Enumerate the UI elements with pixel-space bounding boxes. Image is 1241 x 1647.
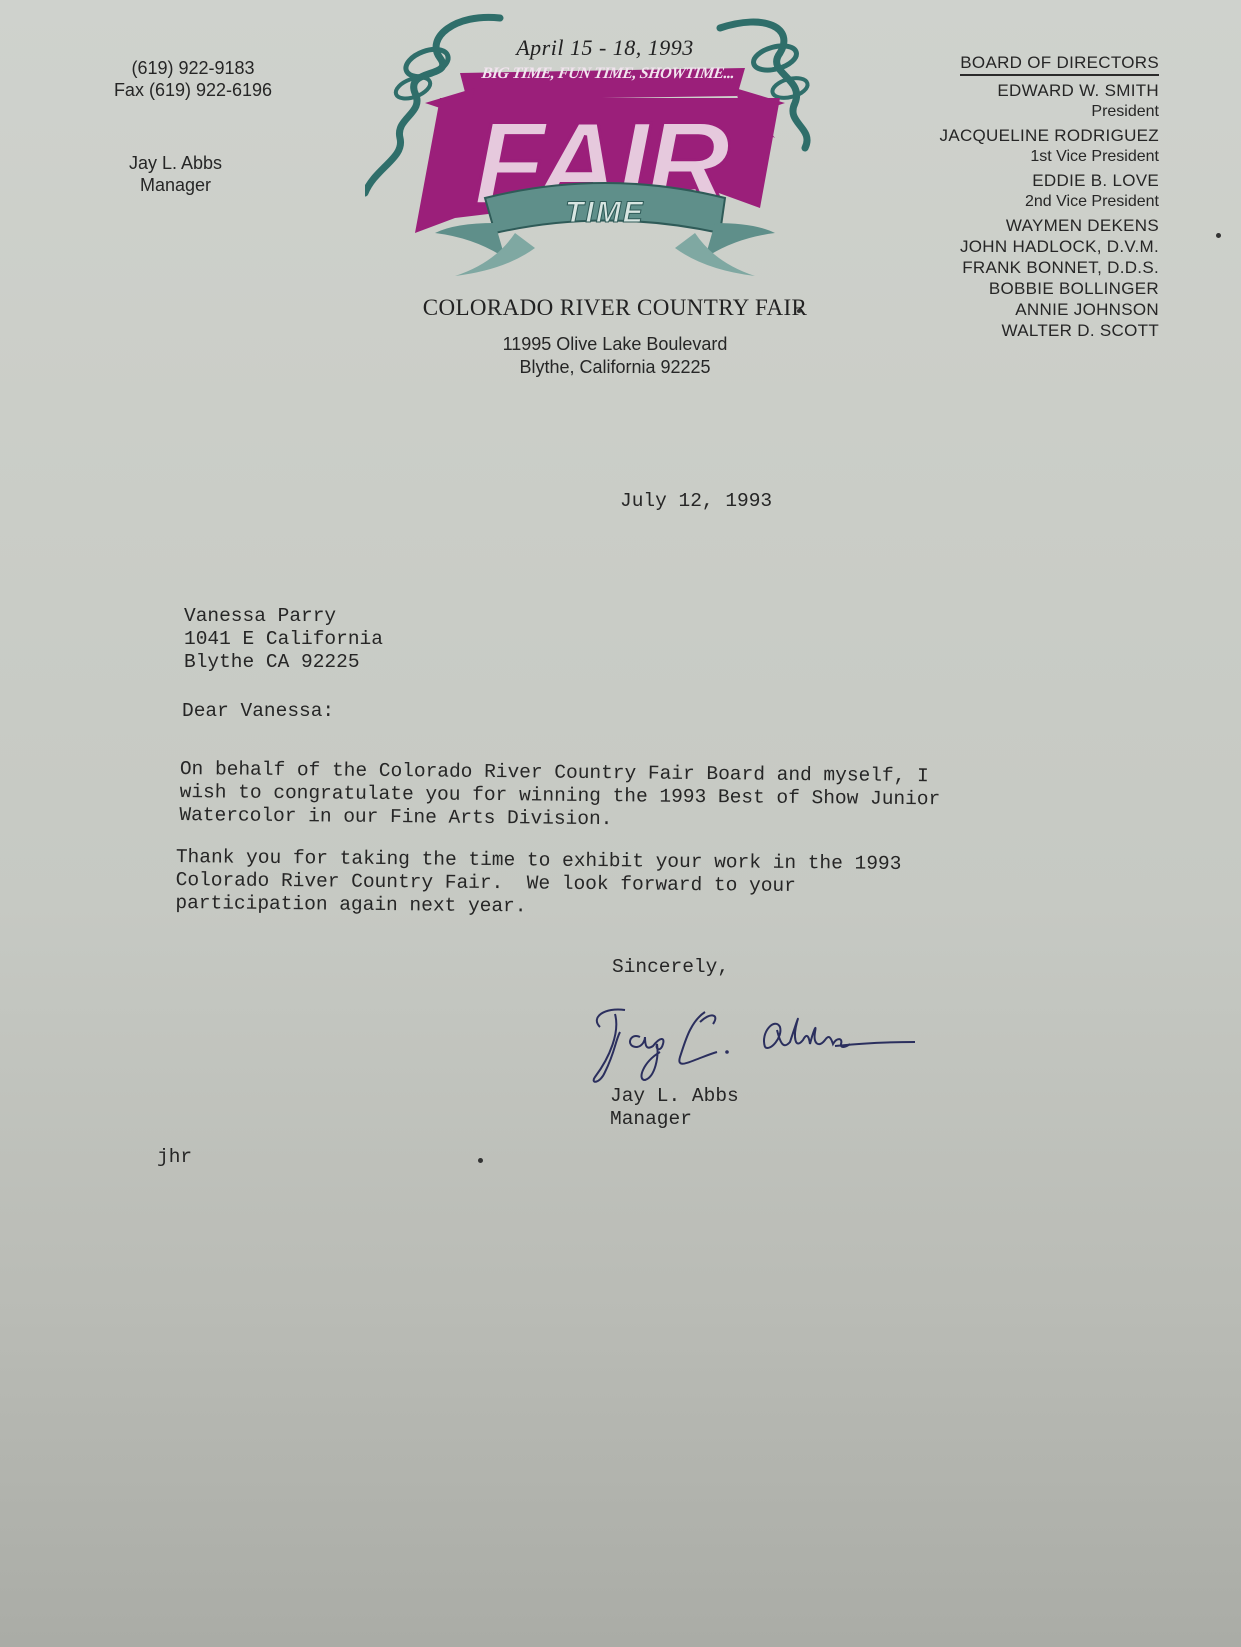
board-member-name: EDDIE B. LOVE	[940, 170, 1159, 191]
paragraph-congratulations: On behalf of the Colorado River Country …	[179, 758, 1060, 835]
board-title: BOARD OF DIRECTORS	[960, 52, 1159, 76]
contact-info: (619) 922-9183 Fax (619) 922-6196	[98, 57, 288, 101]
manager-title: Manager	[98, 174, 253, 196]
letter-date: July 12, 1993	[620, 490, 772, 513]
signer-block: Jay L. Abbs Manager	[610, 1085, 739, 1131]
paper-speck	[478, 1158, 483, 1163]
board-member-name: WALTER D. SCOTT	[940, 320, 1159, 341]
letter-page: (619) 922-9183 Fax (619) 922-6196 Jay L.…	[0, 0, 1241, 1647]
board-member-role: 2nd Vice President	[940, 191, 1159, 212]
paragraph-thanks: Thank you for taking the time to exhibit…	[175, 846, 1056, 923]
recipient-street: 1041 E California	[184, 628, 383, 651]
address-line-1: 11995 Olive Lake Boulevard	[420, 333, 810, 356]
signer-title: Manager	[610, 1108, 739, 1131]
paper-speck	[797, 309, 801, 313]
board-member-name: JOHN HADLOCK, D.V.M.	[940, 236, 1159, 257]
typist-initials: jhr	[157, 1146, 192, 1169]
board-of-directors: BOARD OF DIRECTORS EDWARD W. SMITHPresid…	[940, 52, 1159, 341]
recipient-address: Vanessa Parry 1041 E California Blythe C…	[184, 605, 383, 674]
organization-address: 11995 Olive Lake Boulevard Blythe, Calif…	[420, 333, 810, 379]
signature-icon	[585, 1002, 925, 1087]
address-line-2: Blythe, California 92225	[420, 356, 810, 379]
time-word: TIME	[565, 196, 645, 229]
closing: Sincerely,	[612, 956, 729, 979]
board-member-list: EDWARD W. SMITHPresidentJACQUELINE RODRI…	[940, 80, 1159, 341]
logo-tagline: BIG TIME, FUN TIME, SHOWTIME...	[472, 65, 745, 83]
handwritten-signature	[585, 1002, 925, 1087]
organization-name: COLORADO RIVER COUNTRY FAIR	[380, 295, 850, 321]
manager-name: Jay L. Abbs	[98, 152, 253, 174]
paper-speck	[1216, 233, 1221, 238]
fax-number: Fax (619) 922-6196	[98, 79, 288, 101]
fair-time-logo: FAIR TIME April 15 - 18, 1993 BIG TIME, …	[365, 8, 845, 288]
board-member-name: WAYMEN DEKENS	[940, 215, 1159, 236]
manager-block: Jay L. Abbs Manager	[98, 152, 253, 196]
board-member-role: 1st Vice President	[940, 146, 1159, 167]
board-member-name: EDWARD W. SMITH	[940, 80, 1159, 101]
board-member-name: JACQUELINE RODRIGUEZ	[940, 125, 1159, 146]
recipient-city: Blythe CA 92225	[184, 651, 383, 674]
board-member-role: President	[940, 101, 1159, 122]
recipient-name: Vanessa Parry	[184, 605, 383, 628]
salutation: Dear Vanessa:	[182, 700, 334, 723]
board-member-name: ANNIE JOHNSON	[940, 299, 1159, 320]
signer-name: Jay L. Abbs	[610, 1085, 739, 1108]
board-member-name: BOBBIE BOLLINGER	[940, 278, 1159, 299]
board-member-name: FRANK BONNET, D.D.S.	[940, 257, 1159, 278]
phone-number: (619) 922-9183	[98, 57, 288, 79]
event-dates: April 15 - 18, 1993	[365, 35, 845, 61]
